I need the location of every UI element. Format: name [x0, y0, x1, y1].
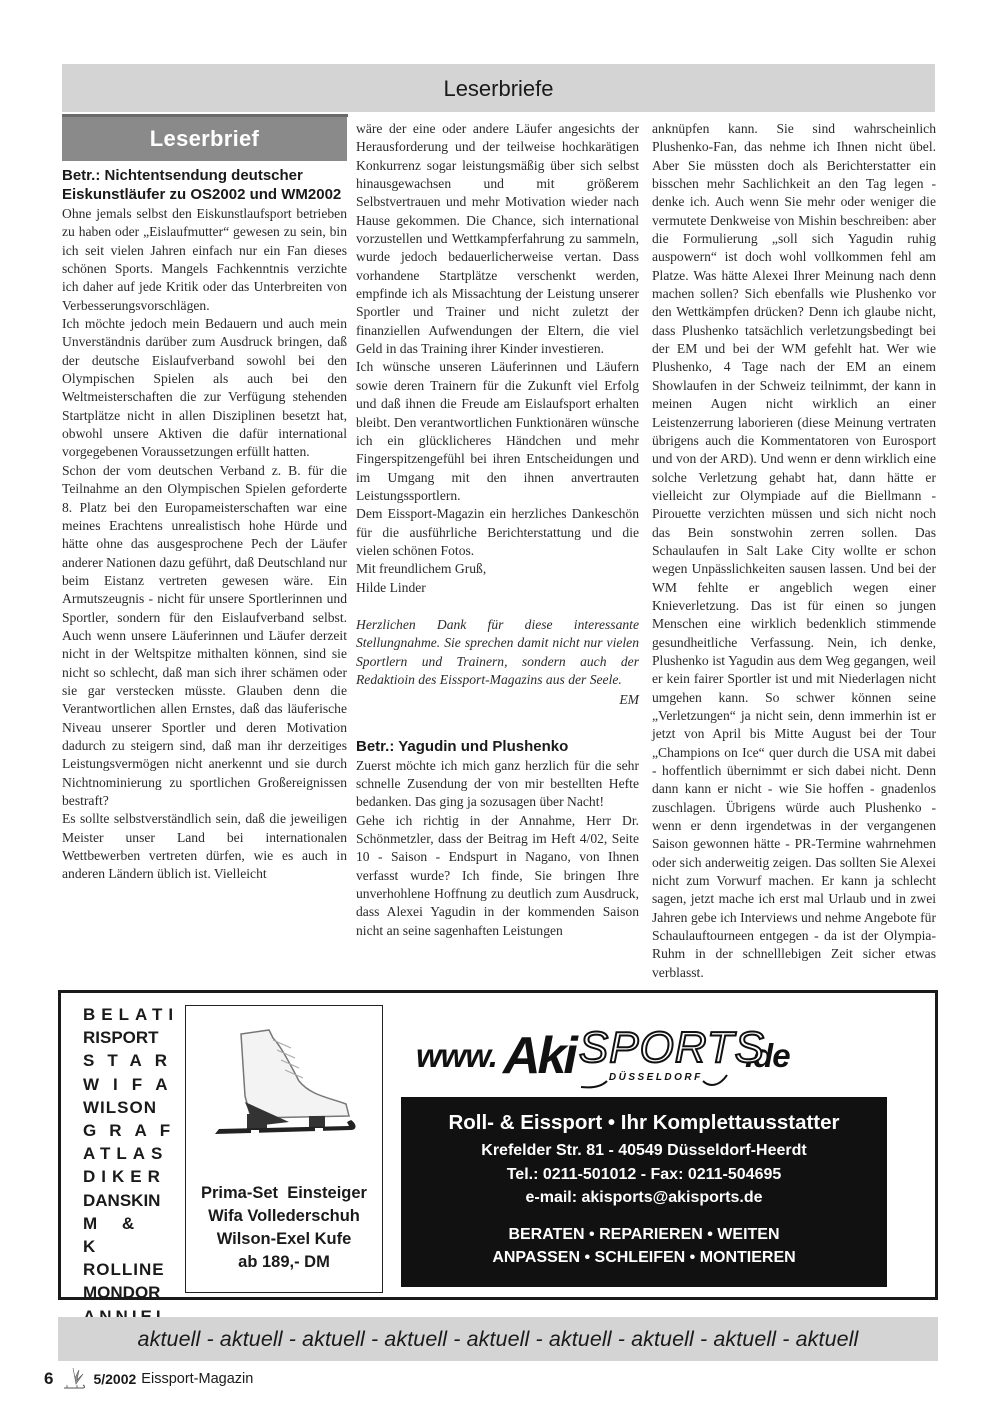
brand: DANSKIN — [83, 1189, 173, 1212]
shop-services: BERATEN • REPARIEREN • WEITEN ANPASSEN •… — [401, 1223, 887, 1269]
services-line: BERATEN • REPARIEREN • WEITEN — [401, 1223, 887, 1246]
paragraph: Ich wünsche unseren Läuferinnen und Läuf… — [356, 358, 639, 505]
letter-1-title: Betr.: Nichtentsendung deutscher Eiskuns… — [62, 166, 347, 204]
editor-signature: EM — [356, 691, 639, 709]
issue-number: 5/2002 — [93, 1371, 136, 1387]
paragraph: Zuerst möchte ich mich ganz herzlich für… — [356, 757, 639, 812]
shop-tagline: Roll- & Eissport • Ihr Komplettausstatte… — [401, 1111, 887, 1135]
aktuell-band: aktuell - aktuell - aktuell - aktuell - … — [58, 1317, 938, 1361]
brand: ATLAS — [83, 1142, 173, 1165]
shop-info: Roll- & Eissport • Ihr Komplettausstatte… — [401, 1097, 887, 1287]
shop-phone: Tel.: 0211-501012 - Fax: 0211-504695 — [401, 1163, 887, 1187]
brand: STAR — [83, 1049, 173, 1072]
offer-line: Prima-Set Einsteiger — [186, 1182, 382, 1205]
closing: Mit freundlichem Gruß, — [356, 560, 639, 578]
ice-skate-icon — [211, 1026, 361, 1146]
offer-line: Wifa Vollederschuh — [186, 1205, 382, 1228]
paragraph: wäre der eine oder andere Läufer angesic… — [356, 120, 639, 358]
offer-line: Wilson-Exel Kufe — [186, 1228, 382, 1251]
page-number: 6 — [44, 1369, 53, 1389]
column-1: Leserbrief Betr.: Nichtentsendung deutsc… — [62, 120, 347, 884]
paragraph: Schon der vom deutschen Verband z. B. fü… — [62, 462, 347, 811]
logo-sports: SPORTS DÜSSELDORF — [579, 1021, 729, 1091]
paragraph: anknüpfen kann. Sie sind wahrscheinlich … — [652, 120, 936, 982]
shop-address: Krefelder Str. 81 - 40549 Düsseldorf-Hee… — [401, 1139, 887, 1163]
leserbrief-badge: Leserbrief — [62, 117, 347, 161]
skate-offer: Prima-Set Einsteiger Wifa Vollederschuh … — [185, 1005, 383, 1293]
paragraph: Gehe ich richtig in der Annahme, Herr Dr… — [356, 812, 639, 940]
services-line: ANPASSEN • SCHLEIFEN • MONTIEREN — [401, 1246, 887, 1269]
brand: M & K — [83, 1212, 173, 1258]
brand: DIKER — [83, 1165, 173, 1188]
magazine-name: Eissport-Magazin — [141, 1371, 253, 1387]
advertisement: BELATI RISPORT STAR WIFA WILSON GRAF ATL… — [58, 990, 938, 1300]
letter-2-title: Betr.: Yagudin und Plushenko — [356, 737, 639, 756]
offer-price: ab 189,- DM — [186, 1251, 382, 1274]
paragraph: Es sollte selbstverständlich sein, daß d… — [62, 810, 347, 883]
editor-note: Herzlichen Dank für diese interessante S… — [356, 616, 639, 689]
brand-list: BELATI RISPORT STAR WIFA WILSON GRAF ATL… — [83, 1003, 173, 1328]
section-header: Leserbriefe — [62, 64, 935, 112]
logo-city: DÜSSELDORF — [609, 1072, 703, 1083]
brand: GRAF — [83, 1119, 173, 1142]
akisports-logo: www. Aki SPORTS DÜSSELDORF .de — [416, 1018, 896, 1093]
signature: Hilde Linder — [356, 579, 639, 597]
section-title: Leserbriefe — [443, 76, 553, 102]
brand: MONDOR — [83, 1281, 173, 1304]
paragraph: Dem Eissport-Magazin ein herzliches Dank… — [356, 505, 639, 560]
brand: RISPORT — [83, 1026, 173, 1049]
brand: WIFA — [83, 1073, 173, 1096]
magazine-logo-icon — [61, 1366, 87, 1392]
column-2: wäre der eine oder andere Läufer angesic… — [356, 120, 639, 940]
column-3: anknüpfen kann. Sie sind wahrscheinlich … — [652, 120, 936, 982]
logo-aki: Aki — [503, 1026, 575, 1086]
paragraph: Ich möchte jedoch mein Bedauern und auch… — [62, 315, 347, 462]
shop-email: e-mail: akisports@akisports.de — [401, 1186, 887, 1210]
brand: BELATI — [83, 1003, 173, 1026]
brand: ROLLINE — [83, 1258, 173, 1281]
page-footer: 6 5/2002 Eissport-Magazin — [44, 1366, 253, 1392]
paragraph: Ohne jemals selbst den Eiskunstlaufsport… — [62, 205, 347, 315]
skate-offer-text: Prima-Set Einsteiger Wifa Vollederschuh … — [186, 1182, 382, 1274]
logo-sports-text: SPORTS — [579, 1023, 765, 1073]
brand: WILSON — [83, 1096, 173, 1119]
logo-www: www. — [416, 1037, 497, 1075]
